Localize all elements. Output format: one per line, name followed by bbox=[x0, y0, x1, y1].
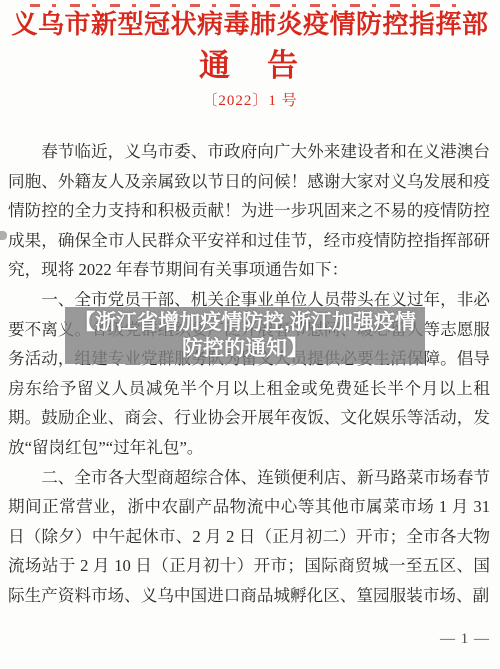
page-number: — 1 — bbox=[440, 631, 490, 648]
notice-body: 春节临近，义乌市委、市政府向广大外来建设者和在义港澳台同胞、外籍友人及亲属致以节… bbox=[8, 137, 490, 611]
paragraph-item-2: 二、全市各大型商超综合体、连锁便利店、新马路菜市场春节期间正常营业，浙中农副产品… bbox=[8, 463, 490, 611]
torn-top-edge-artifact bbox=[30, 4, 470, 7]
scanned-notice-page: 义乌市新型冠状病毒肺炎疫情防控指挥部 通 告 〔2022〕1 号 春节临近，义乌… bbox=[0, 0, 500, 669]
document-title: 通 告 bbox=[0, 45, 500, 87]
notice-header: 义乌市新型冠状病毒肺炎疫情防控指挥部 通 告 〔2022〕1 号 bbox=[0, 7, 500, 112]
paragraph-intro: 春节临近，义乌市委、市政府向广大外来建设者和在义港澳台同胞、外籍友人及亲属致以节… bbox=[8, 137, 490, 285]
watermark-overlay: 【浙江省增加疫情防控,浙江加强疫情防控的通知】 bbox=[65, 307, 425, 364]
scan-smudge-artifact bbox=[0, 231, 7, 240]
issuing-organization-title: 义乌市新型冠状病毒肺炎疫情防控指挥部 bbox=[0, 7, 500, 43]
document-number: 〔2022〕1 号 bbox=[0, 90, 500, 112]
watermark-text: 【浙江省增加疫情防控,浙江加强疫情防控的通知】 bbox=[67, 310, 423, 362]
